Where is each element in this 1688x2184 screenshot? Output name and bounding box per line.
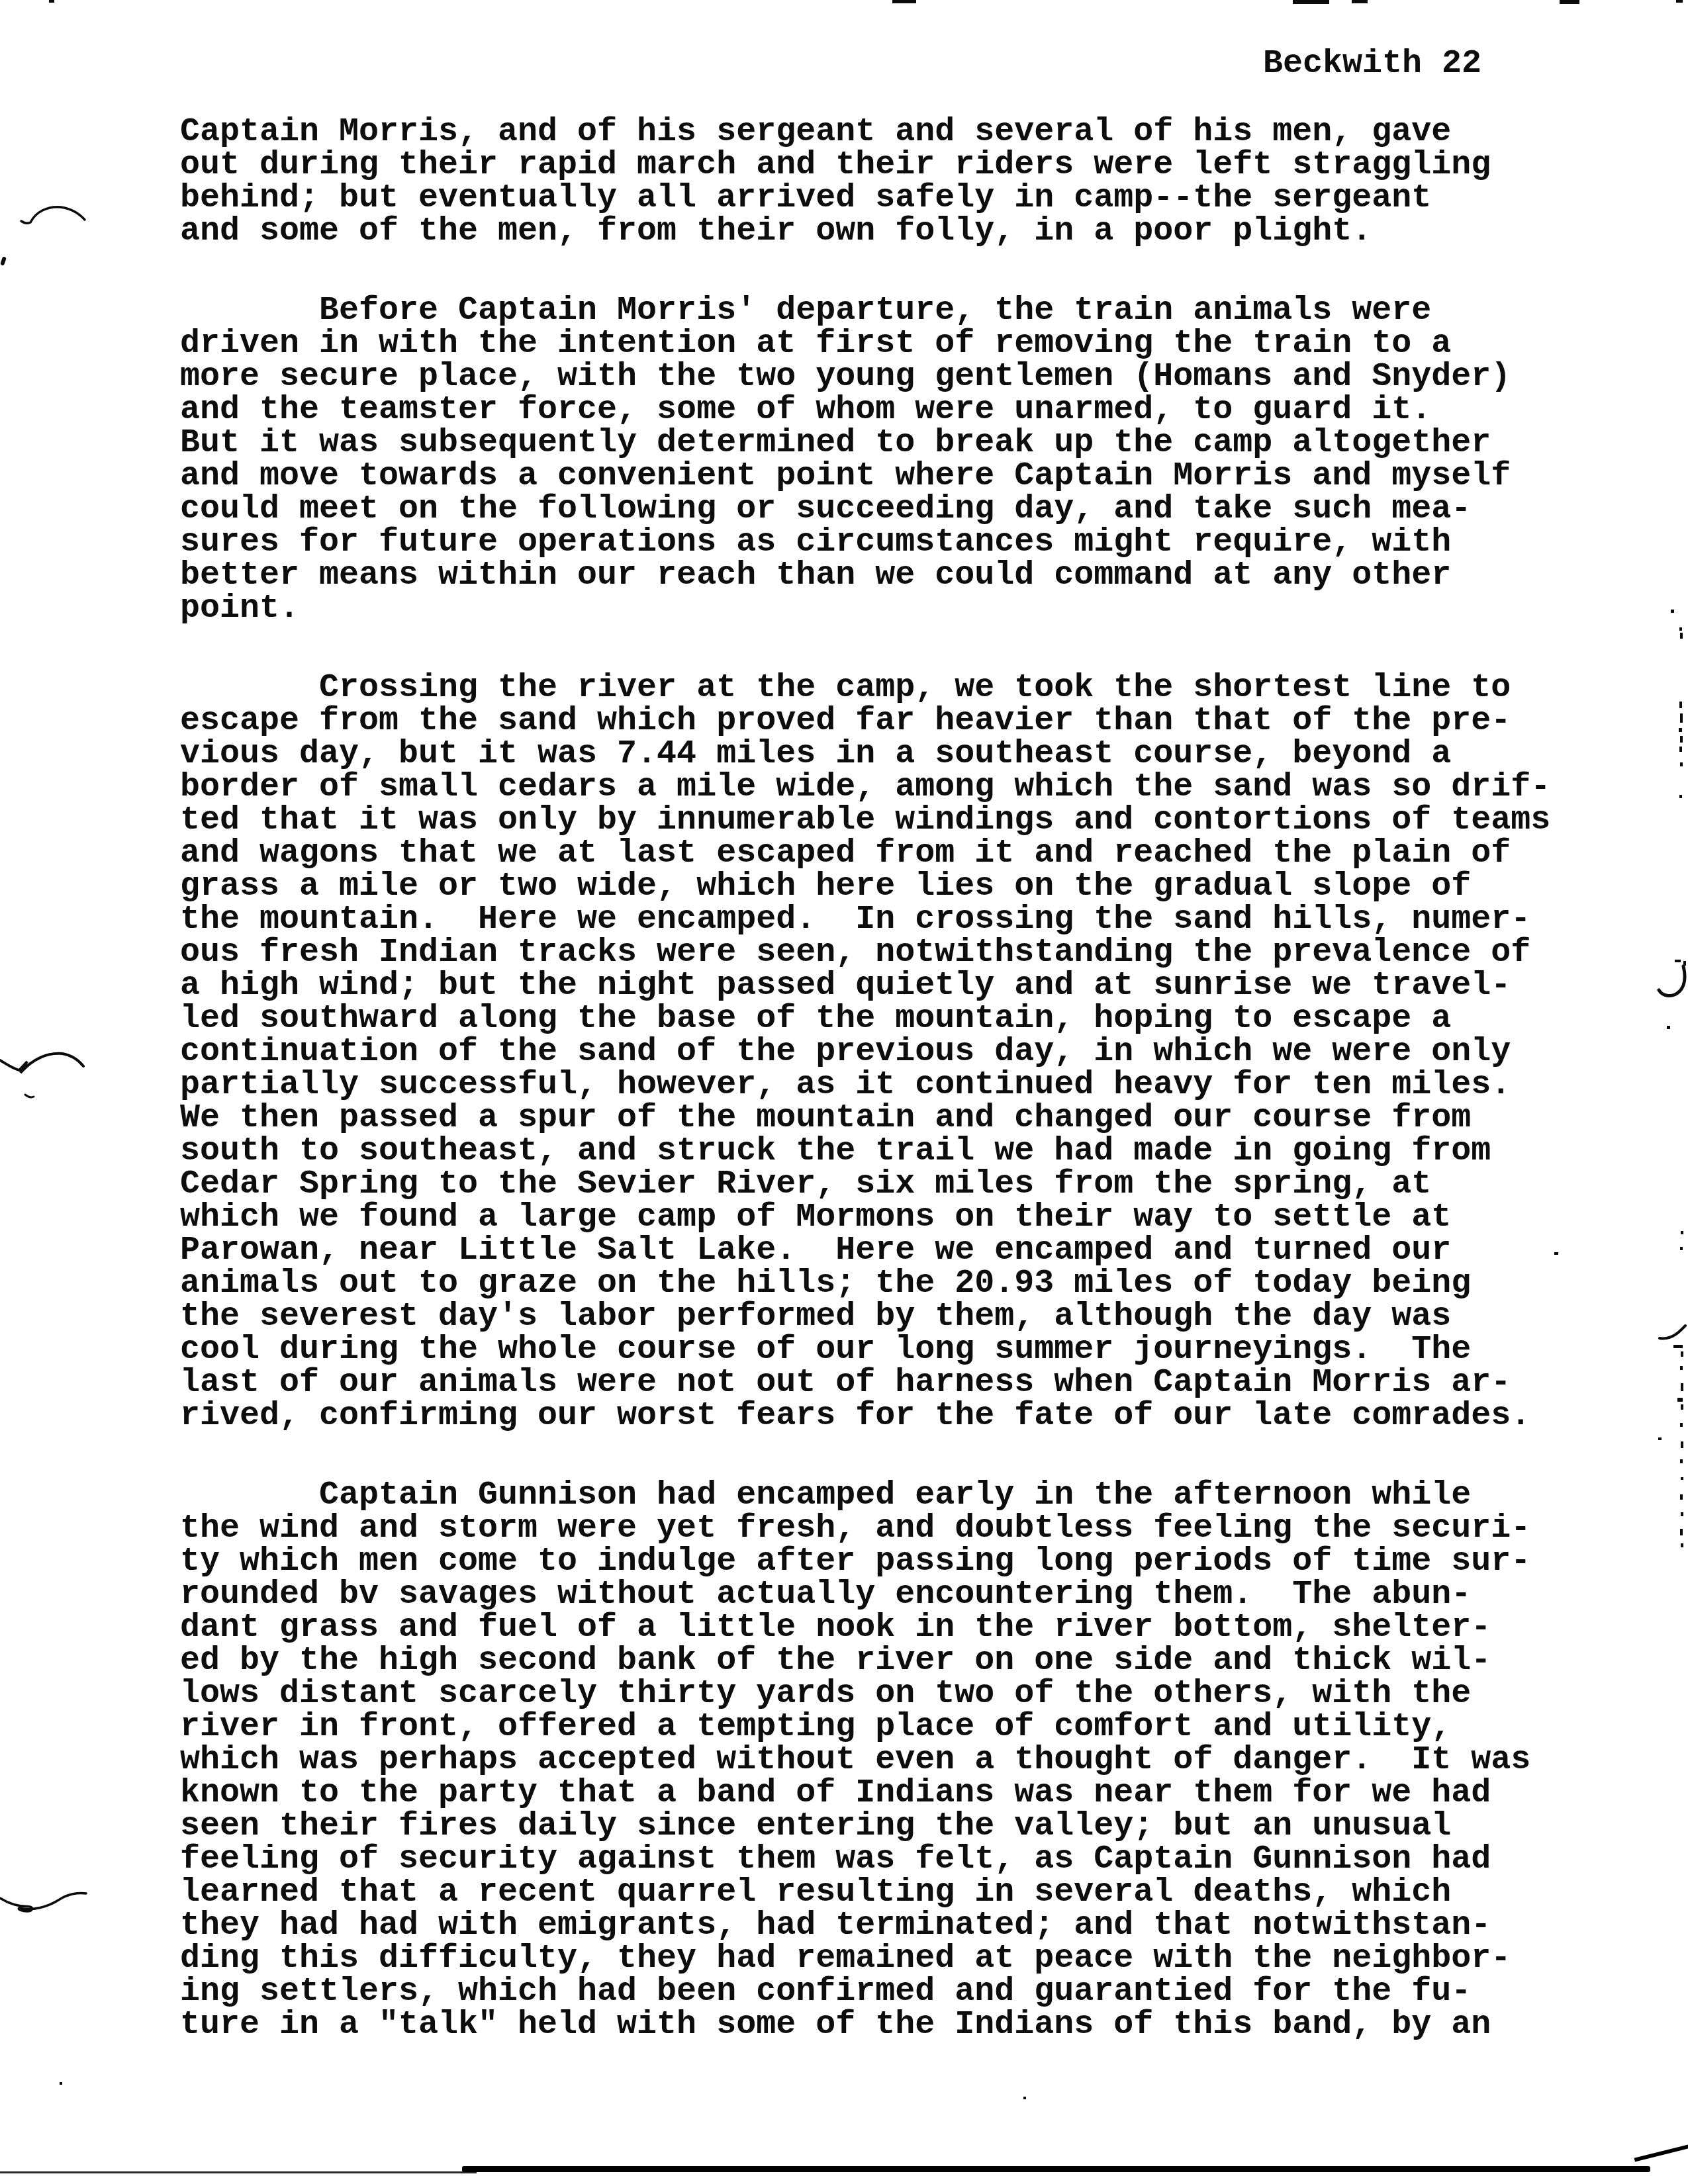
scan-speck xyxy=(1680,713,1683,723)
scan-speck xyxy=(1671,610,1674,613)
bottom-scan-bar xyxy=(462,2166,1650,2172)
scan-speck xyxy=(1679,747,1682,752)
scan-speck xyxy=(1680,1423,1683,1427)
text-line: ous fresh Indian tracks were seen, notwi… xyxy=(180,936,1550,970)
text-line: Crossing the river at the camp, we took … xyxy=(180,672,1550,705)
scanned-page: Beckwith 22 Captain Morris, and of his s… xyxy=(0,0,1688,2184)
text-line: better means within our reach than we co… xyxy=(180,559,1550,592)
text-line: the severest day's labor performed by th… xyxy=(180,1300,1550,1334)
text-line: seen their fires daily since entering th… xyxy=(180,1810,1550,1843)
text-line: out during their rapid march and their r… xyxy=(180,149,1550,182)
text-line: We then passed a spur of the mountain an… xyxy=(180,1102,1550,1135)
scan-speck xyxy=(1680,762,1683,766)
scan-speck xyxy=(1677,1398,1683,1402)
scan-speck xyxy=(1680,1366,1683,1370)
pen-squiggle-icon xyxy=(19,197,87,229)
text-line: Captain Morris, and of his sergeant and … xyxy=(180,116,1550,149)
scan-speck xyxy=(60,2082,62,2085)
text-line: driven in with the intention at first of… xyxy=(180,328,1550,361)
scan-speck xyxy=(1680,736,1683,743)
pen-squiggle-icon xyxy=(0,1885,87,1917)
text-line: point. xyxy=(180,592,1550,625)
text-line: the wind and storm were yet fresh, and d… xyxy=(180,1512,1550,1545)
text-line: But it was subsequently determined to br… xyxy=(180,427,1550,460)
text-line: partially successful, however, as it con… xyxy=(180,1069,1550,1102)
scan-speck xyxy=(1667,1026,1670,1029)
scan-speck xyxy=(1681,1441,1683,1448)
text-line: ding this difficulty, they had remained … xyxy=(180,1942,1550,1976)
pen-hook-icon xyxy=(1655,960,1688,1007)
text-line: and the teamster force, some of whom wer… xyxy=(180,394,1550,427)
text-line: rived, confirming our worst fears for th… xyxy=(180,1400,1550,1433)
text-line: ture in a "talk" held with some of the I… xyxy=(180,2009,1550,2042)
text-line: a high wind; but the night passed quietl… xyxy=(180,970,1550,1003)
text-line: led southward along the base of the moun… xyxy=(180,1003,1550,1036)
pen-comma-mark xyxy=(0,256,7,265)
text-line: feeling of security against them was fel… xyxy=(180,1843,1550,1876)
scan-speck xyxy=(1679,627,1682,631)
paragraph: Captain Gunnison had encamped early in t… xyxy=(180,1479,1550,2042)
text-line: ted that it was only by innumerable wind… xyxy=(180,804,1550,837)
scan-speck xyxy=(1560,0,1579,4)
scan-speck xyxy=(1681,1383,1683,1391)
text-line: lows distant scarcely thirty yards on tw… xyxy=(180,1678,1550,1711)
text-line: escape from the sand which proved far he… xyxy=(180,705,1550,738)
scan-speck xyxy=(1680,1247,1683,1250)
text-line: Before Captain Morris' departure, the tr… xyxy=(180,295,1550,328)
text-line: animals out to graze on the hills; the 2… xyxy=(180,1267,1550,1300)
text-line: continuation of the sand of the previous… xyxy=(180,1036,1550,1069)
bottom-scan-line xyxy=(0,2171,477,2173)
text-line: ty which men come to indulge after passi… xyxy=(180,1545,1550,1578)
text-line: behind; but eventually all arrived safel… xyxy=(180,182,1550,215)
scan-speck xyxy=(1676,0,1683,3)
scan-speck xyxy=(1681,1351,1683,1357)
scan-speck xyxy=(1679,728,1682,732)
text-line: grass a mile or two wide, which here lie… xyxy=(180,870,1550,903)
scan-speck xyxy=(1681,1231,1683,1234)
pen-squiggle-icon xyxy=(0,1040,91,1107)
paragraph: Before Captain Morris' departure, the tr… xyxy=(180,295,1550,625)
scan-speck xyxy=(892,0,916,3)
scan-speck xyxy=(1681,1543,1683,1547)
page-number-header: Beckwith 22 xyxy=(1263,48,1481,81)
text-line: and wagons that we at last escaped from … xyxy=(180,837,1550,870)
text-line: the mountain. Here we encamped. In cross… xyxy=(180,903,1550,936)
scan-speck xyxy=(1658,1437,1662,1440)
bottom-scan-bar-curl xyxy=(1634,2144,1688,2161)
scan-speck xyxy=(1681,1404,1683,1410)
text-line: known to the party that a band of Indian… xyxy=(180,1777,1550,1810)
text-line: rounded bv savages without actually enco… xyxy=(180,1578,1550,1612)
scan-speck xyxy=(1680,633,1683,639)
text-line: learned that a recent quarrel resulting … xyxy=(180,1876,1550,1909)
scan-speck xyxy=(1293,0,1329,4)
scan-speck xyxy=(49,0,54,3)
text-line: dant grass and fuel of a little nook in … xyxy=(180,1612,1550,1645)
pen-dash-icon xyxy=(1658,1324,1688,1345)
text-line: and some of the men, from their own foll… xyxy=(180,215,1550,248)
scan-speck xyxy=(1352,0,1368,3)
text-line: which was perhaps accepted without even … xyxy=(180,1744,1550,1777)
text-line: Parowan, near Little Salt Lake. Here we … xyxy=(180,1234,1550,1267)
paragraph: Crossing the river at the camp, we took … xyxy=(180,672,1550,1433)
text-line: could meet on the following or succeedin… xyxy=(180,493,1550,526)
scan-speck xyxy=(1554,1252,1558,1255)
text-line: which we found a large camp of Mormons o… xyxy=(180,1201,1550,1234)
scan-speck xyxy=(1679,795,1682,798)
text-line: ing settlers, which had been confirmed a… xyxy=(180,1976,1550,2009)
scan-speck xyxy=(1681,1477,1683,1480)
paragraph: Captain Morris, and of his sergeant and … xyxy=(180,116,1550,248)
scan-speck xyxy=(1679,702,1682,708)
page-body-text: Captain Morris, and of his sergeant and … xyxy=(180,116,1550,2088)
scan-speck xyxy=(1673,1345,1683,1348)
text-line: border of small cedars a mile wide, amon… xyxy=(180,771,1550,804)
text-line: they had had with emigrants, had termina… xyxy=(180,1909,1550,1942)
text-line: river in front, offered a tempting place… xyxy=(180,1711,1550,1744)
scan-speck xyxy=(1680,1494,1683,1500)
text-line: ed by the high second bank of the river … xyxy=(180,1645,1550,1678)
text-line: sures for future operations as circumsta… xyxy=(180,526,1550,559)
scan-speck xyxy=(1023,2097,1026,2099)
scan-speck xyxy=(1680,1529,1683,1535)
text-line: and move towards a convenient point wher… xyxy=(180,460,1550,493)
text-line: Captain Gunnison had encamped early in t… xyxy=(180,1479,1550,1512)
text-line: vious day, but it was 7.44 miles in a so… xyxy=(180,738,1550,771)
text-line: Cedar Spring to the Sevier River, six mi… xyxy=(180,1168,1550,1201)
text-line: last of our animals were not out of harn… xyxy=(180,1367,1550,1400)
text-line: more secure place, with the two young ge… xyxy=(180,361,1550,394)
scan-speck xyxy=(1680,1459,1683,1463)
text-line: cool during the whole course of our long… xyxy=(180,1334,1550,1367)
text-line: south to southeast, and struck the trail… xyxy=(180,1135,1550,1168)
scan-speck xyxy=(1681,1512,1683,1516)
